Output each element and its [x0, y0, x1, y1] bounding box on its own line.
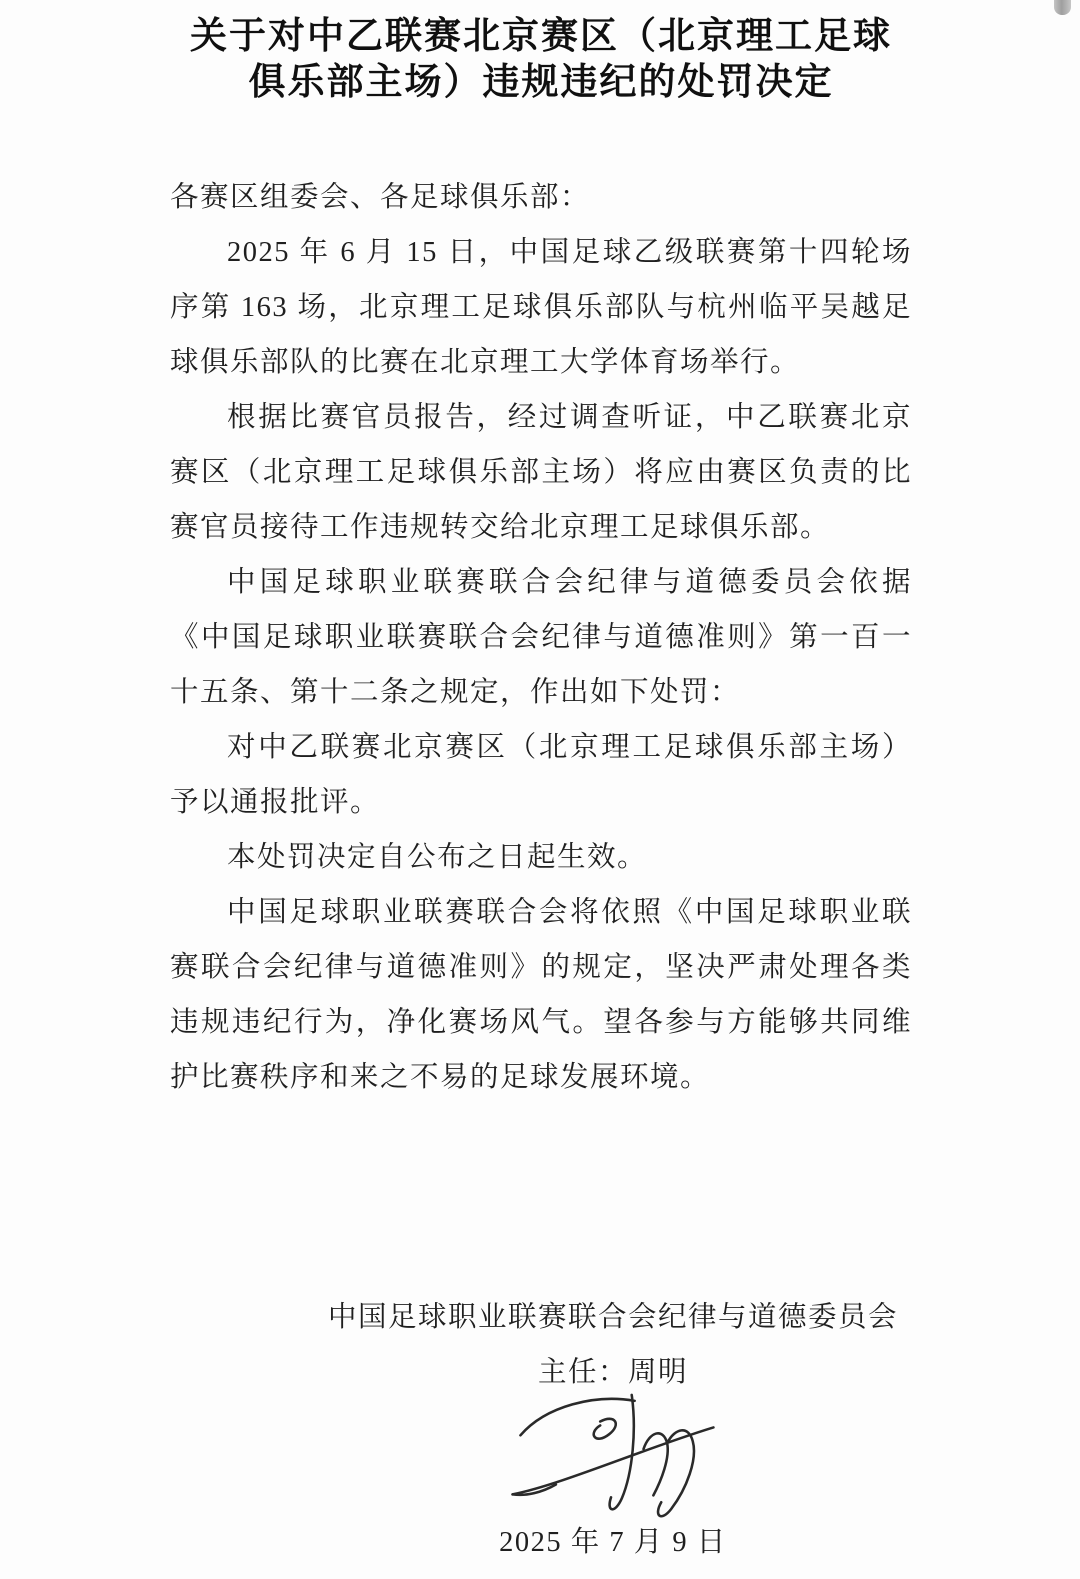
signature-block: 中国足球职业联赛联合会纪律与道德委员会 主任：周明 2025 年 7 月 9 日	[242, 1290, 984, 1568]
document-body: 各赛区组委会、各足球俱乐部： 2025 年 6 月 15 日，中国足球乙级联赛第…	[170, 170, 912, 1105]
document-sheet: 关于对中乙联赛北京赛区（北京理工足球 俱乐部主场）违规违纪的处罚决定 各赛区组委…	[170, 0, 912, 1568]
body-paragraph-match-info: 2025 年 6 月 15 日，中国足球乙级联赛第十四轮场序第 163 场，北京…	[170, 225, 912, 390]
salutation-line: 各赛区组委会、各足球俱乐部：	[170, 170, 912, 225]
body-paragraph-investigation: 根据比赛官员报告，经过调查听证，中乙联赛北京赛区（北京理工足球俱乐部主场）将应由…	[170, 390, 912, 555]
body-paragraph-penalty: 对中乙联赛北京赛区（北京理工足球俱乐部主场）予以通报批评。	[170, 720, 912, 830]
issue-date: 2025 年 7 月 9 日	[242, 1518, 984, 1568]
scan-artifact-top-right	[1054, 0, 1071, 15]
director-signer-line: 主任：周明	[242, 1345, 984, 1400]
issuing-committee-name: 中国足球职业联赛联合会纪律与道德委员会	[242, 1290, 984, 1345]
document-title-line-2: 俱乐部主场）违规违纪的处罚决定	[170, 60, 912, 106]
body-paragraph-effective-date: 本处罚决定自公布之日起生效。	[170, 830, 912, 885]
document-title: 关于对中乙联赛北京赛区（北京理工足球 俱乐部主场）违规违纪的处罚决定	[170, 14, 912, 106]
body-paragraph-closing-statement: 中国足球职业联赛联合会将依照《中国足球职业联赛联合会纪律与道德准则》的规定，坚决…	[170, 885, 912, 1105]
handwritten-signature	[497, 1390, 729, 1518]
document-title-line-1: 关于对中乙联赛北京赛区（北京理工足球	[170, 14, 912, 60]
body-paragraph-legal-basis: 中国足球职业联赛联合会纪律与道德委员会依据《中国足球职业联赛联合会纪律与道德准则…	[170, 555, 912, 720]
document-page: { "page": { "background": "#fdfdfd", "te…	[0, 0, 1080, 1579]
